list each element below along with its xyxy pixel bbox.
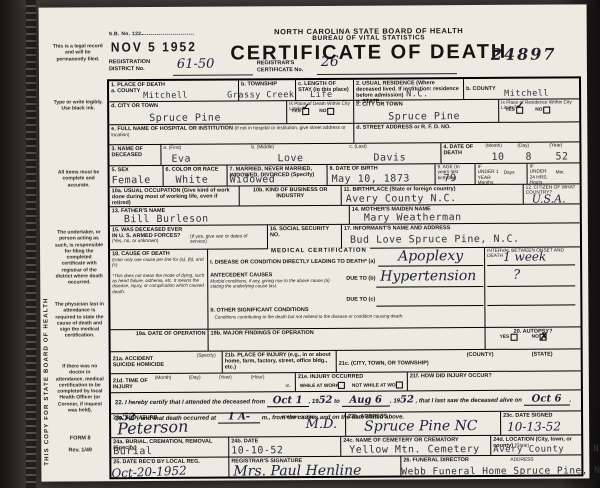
name-of-deceased-label: 3. NAME OF DECEASED <box>111 146 158 159</box>
day-label: (Day) <box>189 376 201 381</box>
death-day-value: 8 <box>525 152 532 163</box>
field-informant: 17. INFORMANT'S NAME AND ADDRESS Bud Lov… <box>342 223 580 247</box>
year-label: (Year) <box>549 143 577 149</box>
field-residence-city: c. CITY OR TOWN Spruce Pine <box>354 100 499 123</box>
cause-b-value: Hypertension <box>380 268 476 285</box>
burial-date-value: 10-10-52 <box>231 445 283 456</box>
death-certificate-form: 1. PLACE OF DEATHa. COUNTY Mitchell b. T… <box>107 76 583 479</box>
scan-background: THIS COPY FOR STATE BOARD OF HEALTH This… <box>0 0 600 488</box>
cause-a-value: Apoplexy <box>398 248 463 264</box>
certify-text: , that I last saw the deceased alive on <box>416 398 522 405</box>
physician-address-value: Spruce Pine NC <box>364 418 478 435</box>
field-residence-city-limits: Is Place of Residence Within City Limits… <box>499 99 579 121</box>
township-value: Grassy Creek <box>227 90 294 100</box>
field-residence-state: 2. USUAL RESIDENCE (Where deceased lived… <box>354 79 464 100</box>
cemetery-name-label: 24c. NAME OF CEMETERY OR CREMATORY <box>343 437 488 444</box>
length-of-stay-value: Life <box>310 90 333 100</box>
field-armed-forces-service: (If yes, give war or dates of service) <box>188 225 268 248</box>
how-injury-occurred-label: 21f. HOW DID INJURY OCCUR? <box>410 372 579 379</box>
field-date-of-operation: 19a. DATE OF OPERATION <box>111 330 209 352</box>
check-mark-icon: ✓ <box>516 101 524 112</box>
field-age-days: Days <box>502 164 528 184</box>
registrar-signature-value: Mrs. Paul Henline <box>233 463 361 480</box>
residence-county-value: Mitchell <box>504 89 549 99</box>
field-armed-forces: 15. WAS DECEASED EVER IN U. S. ARMED FOR… <box>110 226 188 249</box>
field-burial-date: 24b. DATE 10-10-52 <box>229 437 341 457</box>
field-autopsy: 20. AUTOPSY? YES NO✗ <box>486 327 581 349</box>
dotted-line <box>141 34 193 35</box>
color-race-value: White <box>176 175 209 186</box>
accident-label: 21a. ACCIDENT SUICIDE HOMICIDE <box>113 356 171 369</box>
field-how-injury-occurred: 21f. HOW DID INJURY OCCUR? <box>408 371 581 390</box>
underline <box>487 285 575 287</box>
mothers-maiden-name-value: Mary Weatherman <box>364 212 462 224</box>
not-while-at-work-checkbox <box>396 381 403 388</box>
min-label: Min. <box>556 170 578 175</box>
field-age: 9. AGE (In years last birthday) 79 <box>436 164 476 184</box>
due-to-b-label: DUE TO (b) <box>346 276 375 282</box>
no-label: NO <box>319 109 326 114</box>
while-at-work-checkbox <box>338 382 345 389</box>
degree-title-value: M.D. <box>306 417 338 432</box>
certify-text: , 19 <box>390 398 400 404</box>
date-of-birth-value: May 10, 1873 <box>332 173 410 184</box>
middle-name-label: b. (Middle) <box>251 145 345 151</box>
state-file-no: S.B. No. 122 <box>109 31 194 38</box>
field-physician-address: 23b. ADDRESS Spruce Pine NC <box>346 412 501 436</box>
field-sex: 5. SEX Female <box>110 166 164 186</box>
township-label: b. TOWNSHIP <box>241 81 293 87</box>
city-of-death-label: d. CITY OR TOWN <box>111 102 284 109</box>
informant-value: Bud Love Spruce Pine, N.C. <box>350 234 520 246</box>
attended-to-value: Aug 6 <box>341 395 390 407</box>
fathers-name-value: Bill Burleson <box>124 214 209 226</box>
field-fathers-name: 13. FATHER'S NAME Bill Burleson <box>110 206 350 225</box>
informant-label: 17. INFORMANT'S NAME AND ADDRESS <box>344 224 578 232</box>
sex-label: 5. SEX <box>112 167 161 173</box>
certify-text: to <box>334 399 340 405</box>
field-length-of-stay: c. LENGTH OF STAY (in this place) Life <box>296 80 354 100</box>
field-date-signed: 23c. DATE SIGNED 10-13-52 <box>501 411 581 434</box>
field-injury-occurred: 21e. INJURY OCCURRED WHILE AT WORK NOT W… <box>296 372 408 391</box>
date-of-operation-label: 19a. DATE OF OPERATION <box>113 331 206 338</box>
last-seen-alive-value: Oct 6 <box>524 393 570 405</box>
day-label: (Day) <box>517 144 545 150</box>
field-social-security: 16. SOCIAL SECURITY NO. <box>268 225 342 248</box>
specify-label: (Specify) <box>197 354 216 359</box>
death-year-value: 52 <box>555 151 568 162</box>
year-label: (Year) <box>219 376 232 381</box>
injury-city-label: 21c. (CITY, TOWN, OR TOWNSHIP) <box>339 360 429 367</box>
sex-value: Female <box>112 175 151 186</box>
underline-a <box>378 265 483 267</box>
usual-occupation-label: 10a. USUAL OCCUPATION (Give kind of work… <box>112 187 237 206</box>
row-certification-statement: 22. I hereby certify that I attended the… <box>111 389 581 413</box>
field-injury-location: 21c. (CITY, TOWN, OR TOWNSHIP) (COUNTY) … <box>337 349 581 371</box>
attended-from-value: Oct 1 <box>267 395 309 407</box>
armed-forces-label: 15. WAS DECEASED EVER IN U. S. ARMED FOR… <box>112 227 186 240</box>
autopsy-no-checkbox: ✗ <box>540 334 547 341</box>
residence-city-label: c. CITY OR TOWN <box>356 101 496 108</box>
field-age-months: IF UNDER 1 YEAR Months <box>476 164 502 184</box>
underline-b <box>376 286 483 288</box>
cemetery-state-value: N.C. <box>593 444 600 454</box>
yes-label: YES <box>505 108 515 113</box>
field-interval-onset-death: INTERVAL BETWEEN ONSET AND DEATH 1 week … <box>485 247 580 327</box>
field-age-min: Min. <box>554 163 580 183</box>
field-city-of-death: d. CITY OR TOWN Spruce Pine <box>109 101 287 124</box>
yes-label: YES <box>500 335 510 340</box>
armed-forces-note2: (If yes, give war or dates of service) <box>190 234 265 245</box>
field-date-of-birth: 8. DATE OF BIRTH May 10, 1873 <box>328 164 436 185</box>
field-cemetery-location: 24d. LOCATION (City, town, or county) (S… <box>491 435 581 455</box>
form-revision: Rev. 1/49 <box>57 447 103 453</box>
birthplace-label: 11. BIRTHPLACE (State or foreign country… <box>344 186 521 193</box>
burial-type-value: Burial <box>113 446 152 457</box>
last-name-value: Davis <box>373 152 406 163</box>
due-to-c-label: DUE TO (c) <box>346 297 375 303</box>
row-physician-signature: 23a. SIGNATURE Peterson (Degree or title… <box>111 410 581 437</box>
received-date-stamp: NOV 5 1952 <box>111 39 197 55</box>
field-time-of-injury: 21d. TIME OF INJURY (Month) (Day) (Year)… <box>111 373 296 392</box>
field-county-of-death: 1. PLACE OF DEATHa. COUNTY Mitchell <box>109 80 239 101</box>
date-signed-label: 23c. DATE SIGNED <box>503 412 579 419</box>
while-at-work-label: WHILE AT WORK <box>300 384 339 389</box>
field-street-address: d. STREET ADDRESS or R. F. D. NO. <box>354 122 579 142</box>
serial-number-handwritten: 24897 <box>491 45 557 64</box>
registration-district-label: REGISTRATION DISTRICT No. <box>109 59 173 73</box>
injury-county-label: (COUNTY) <box>467 352 494 358</box>
field-accident-suicide-homicide: 21a. ACCIDENT SUICIDE HOMICIDE (Specify) <box>111 352 223 374</box>
form-number: FORM 8 <box>57 435 103 441</box>
date-of-birth-label: 8. DATE OF BIRTH <box>330 165 433 172</box>
field-death-city-limits: Is Place of Death Within City Limits? YE… <box>287 101 354 123</box>
armed-forces-note1: (Yes, no, or unknown) <box>112 239 186 245</box>
field-place-of-injury: 21b. PLACE OF INJURY (e.g., in or about … <box>223 351 337 373</box>
funeral-director-value: Webb Funeral Home Spruce Pine, NC <box>401 465 600 477</box>
film-binding-edge <box>26 0 36 488</box>
interval-b-value: ? <box>513 268 520 283</box>
year-value: 52 <box>319 395 333 406</box>
field-middle-name: b. (Middle) Love <box>249 144 347 165</box>
row-accident: 21a. ACCIDENT SUICIDE HOMICIDE (Specify)… <box>111 348 581 373</box>
field-date-of-death: 4. DATE OF DEATH <box>441 143 483 163</box>
field-funeral-director: 26. FUNERAL DIRECTOR ADDRESS Webb Funera… <box>401 455 581 477</box>
field-date-received: 25. DATE REC'D BY LOCAL REG. Oct-20-1952 <box>111 458 229 480</box>
interval-a-value: 1 week <box>503 250 546 264</box>
field-registrar-signature: REGISTRAR'S SIGNATURE Mrs. Paul Henline <box>229 456 401 478</box>
date-received-value: Oct-20-1952 <box>111 463 187 480</box>
field-major-findings: 19b. MAJOR FINDINGS OF OPERATION <box>209 328 486 351</box>
field-citizen-country: 12. CITIZEN OF WHAT COUNTRY? U.S.A. <box>524 184 580 203</box>
street-address-label: d. STREET ADDRESS or R. F. D. NO. <box>356 123 577 131</box>
date-signed-value: 10-13-52 <box>507 419 561 433</box>
certificate-page: THIS COPY FOR STATE BOARD OF HEALTH This… <box>39 4 590 481</box>
state-file-no-label: S.B. No. 122 <box>109 31 142 37</box>
antecedent-note: Morbid conditions, if any, giving rise t… <box>210 278 330 289</box>
middle-name-value: Love <box>277 153 303 164</box>
injury-state-label: (STATE) <box>532 352 553 358</box>
field-residence-county: b. COUNTY Mitchell <box>464 78 579 99</box>
month-label: (Month) <box>485 144 513 150</box>
yes-checkbox: ✓ <box>302 108 309 115</box>
major-findings-label: 19b. MAJOR FINDINGS OF OPERATION <box>211 329 483 337</box>
cause-note-1: Enter only one cause per line for (a), (… <box>112 257 205 268</box>
field-hospital-name: e. FULL NAME OF HOSPITAL OR INSTITUTION … <box>109 124 354 144</box>
no-checkbox <box>327 108 334 115</box>
days-label: Days <box>504 171 525 176</box>
month-label: (Month) <box>155 376 172 381</box>
cemetery-location-value: Avery County <box>493 444 564 454</box>
underline <box>317 73 457 75</box>
row-armed-forces-informant: 15. WAS DECEASED EVER IN U. S. ARMED FOR… <box>110 222 580 249</box>
certify-text: , 19 <box>309 399 319 405</box>
margin-note: All items must be complete and accurate. <box>54 169 104 188</box>
field-cause-of-death-notes: 18. CAUSE OF DEATH Enter only one cause … <box>110 250 208 330</box>
burial-date-label: 24b. DATE <box>231 438 338 445</box>
underline <box>487 264 575 266</box>
funeral-director-label: 26. FUNERAL DIRECTOR <box>403 457 469 463</box>
business-industry-label: 10b. KIND OF BUSINESS OR INDUSTRY <box>242 187 339 200</box>
hospital-label: e. FULL NAME OF HOSPITAL OR INSTITUTION <box>111 125 233 132</box>
underline <box>487 304 575 306</box>
field-business-industry: 10b. KIND OF BUSINESS OR INDUSTRY <box>240 186 342 206</box>
age-value: 79 <box>444 173 457 184</box>
underline-c <box>376 305 483 307</box>
field-color-race: 6. COLOR OR RACE White <box>164 166 228 186</box>
registrar-certificate-label: REGISTRAR'S CERTIFICATE No. <box>257 60 315 74</box>
field-usual-occupation: 10a. USUAL OCCUPATION (Give kind of work… <box>110 186 240 206</box>
margin-note: If there was no doctor in attendance, me… <box>55 363 105 413</box>
row-city-town: d. CITY OR TOWN Spruce Pine Is Place of … <box>109 98 579 124</box>
disease-leading-to-death-label: I. DISEASE OR CONDITION DIRECTLY LEADING… <box>210 259 367 266</box>
year-value: 52 <box>400 394 414 405</box>
row-cause-of-death: 18. CAUSE OF DEATH Enter only one cause … <box>110 246 580 329</box>
yes-label: YES <box>291 109 301 114</box>
field-burial-type: 24a. BURIAL, CREMATION, REMOVAL (Specify… <box>111 438 229 458</box>
cemetery-name-value: Yellow Mtn. Cemetery <box>349 444 479 456</box>
county-label: a. COUNTY <box>111 88 140 94</box>
field-death-day: (Day) 8 <box>515 143 547 163</box>
margin-note: This is a legal record and will be perma… <box>53 43 103 62</box>
yes-checkbox: ✓ <box>516 107 523 114</box>
no-checkbox <box>543 107 550 114</box>
row-registrar: 25. DATE REC'D BY LOCAL REG. Oct-20-1952… <box>111 454 581 479</box>
physician-signature-value: Peterson <box>117 417 189 439</box>
first-name-value: Eva <box>171 154 191 165</box>
injury-occurred-label: 21e. INJURY OCCURRED <box>298 373 405 380</box>
first-name-label: a. (First) <box>163 145 247 151</box>
field-township: b. TOWNSHIP Grassy Creek <box>239 80 296 100</box>
marital-status-value: Widowed <box>230 174 276 185</box>
other-significant-conditions-note: Conditions contributing to the death but… <box>214 313 434 320</box>
date-of-death-label: 4. DATE OF DEATH <box>443 144 481 157</box>
color-race-label: 6. COLOR OR RACE <box>166 167 225 174</box>
other-significant-conditions-label: II. OTHER SIGNIFICANT CONDITIONS <box>210 307 308 314</box>
registrar-certificate-value: 26 <box>321 54 339 70</box>
social-security-label: 16. SOCIAL SECURITY NO. <box>270 226 339 239</box>
item-22-number: 22. <box>115 400 123 406</box>
time-of-injury-label: 21d. TIME OF INJURY <box>113 378 149 391</box>
medical-certification-title: MEDICAL CERTIFICATION <box>268 248 370 255</box>
field-birthplace: 11. BIRTHPLACE (State or foreign country… <box>342 185 524 205</box>
row-operation-autopsy: 19a. DATE OF OPERATION 19b. MAJOR FINDIN… <box>111 326 581 351</box>
margin-note: Type or write legibly. Use black ink. <box>53 99 103 112</box>
margin-note: The undertaker, or person acting as such… <box>54 229 104 286</box>
line-a-label: (a) <box>369 259 376 265</box>
check-mark-icon: ✓ <box>302 102 310 113</box>
birthplace-value: Avery County N.C. <box>346 193 457 205</box>
margin-note: The physician last in attendance is requ… <box>54 301 104 339</box>
margin-vertical-text: THIS COPY FOR STATE BOARD OF HEALTH <box>43 230 50 466</box>
if-under-24-hrs-label: IF UNDER 24 HRS. <box>530 165 552 181</box>
underline <box>173 74 253 75</box>
field-death-year: (Year) 52 <box>547 142 579 162</box>
residence-state-value: N.C. <box>406 89 429 99</box>
certify-text: I hereby certify that I attended the dec… <box>125 399 265 406</box>
field-last-name: c. (Last) Davis <box>347 143 441 164</box>
cause-note-2: *This does not mean the mode of dying, s… <box>112 272 205 294</box>
city-of-death-value: Spruce Pine <box>149 113 221 124</box>
field-physician-signature: 23a. SIGNATURE Peterson (Degree or title… <box>111 413 346 437</box>
field-age-hours: IF UNDER 24 HRS. Hours <box>528 164 554 184</box>
field-name-of-deceased: 3. NAME OF DECEASED <box>109 145 161 165</box>
residence-city-value: Spruce Pine <box>388 111 460 122</box>
if-under-1-year-label: IF UNDER 1 YEAR <box>478 165 500 181</box>
field-mothers-maiden-name: 14. MOTHER'S MAIDEN NAME Mary Weatherman <box>350 204 580 223</box>
no-label: NO <box>535 108 542 113</box>
field-medical-certification: MEDICAL CERTIFICATION I. DISEASE OR COND… <box>208 248 485 329</box>
field-cemetery-name: 24c. NAME OF CEMETERY OR CREMATORY Yello… <box>341 436 491 456</box>
county-of-death-value: Mitchell <box>143 91 188 101</box>
x-mark-icon: ✗ <box>540 332 548 343</box>
autopsy-yes-checkbox <box>510 334 517 341</box>
place-of-injury-label: 21b. PLACE OF INJURY (e.g., in or about … <box>225 352 334 371</box>
field-death-month: (Month) 10 <box>483 143 515 163</box>
funeral-director-address-label: ADDRESS <box>510 458 533 463</box>
death-month-value: 10 <box>491 152 504 163</box>
last-name-label: c. (Last) <box>349 144 438 150</box>
hour-label: (Hour) <box>251 375 265 380</box>
meridiem-label: m. <box>286 384 291 389</box>
row-name-and-date: 3. NAME OF DECEASED a. (First) Eva b. (M… <box>109 141 579 165</box>
field-marital-status: 7. MARRIED, NEVER MARRIED, WIDOWED, DIVO… <box>228 165 328 186</box>
row-sex-race-marital: 5. SEX Female 6. COLOR OR RACE White 7. … <box>110 162 580 186</box>
field-first-name: a. (First) Eva <box>161 144 249 165</box>
no-label: NO <box>532 335 539 340</box>
